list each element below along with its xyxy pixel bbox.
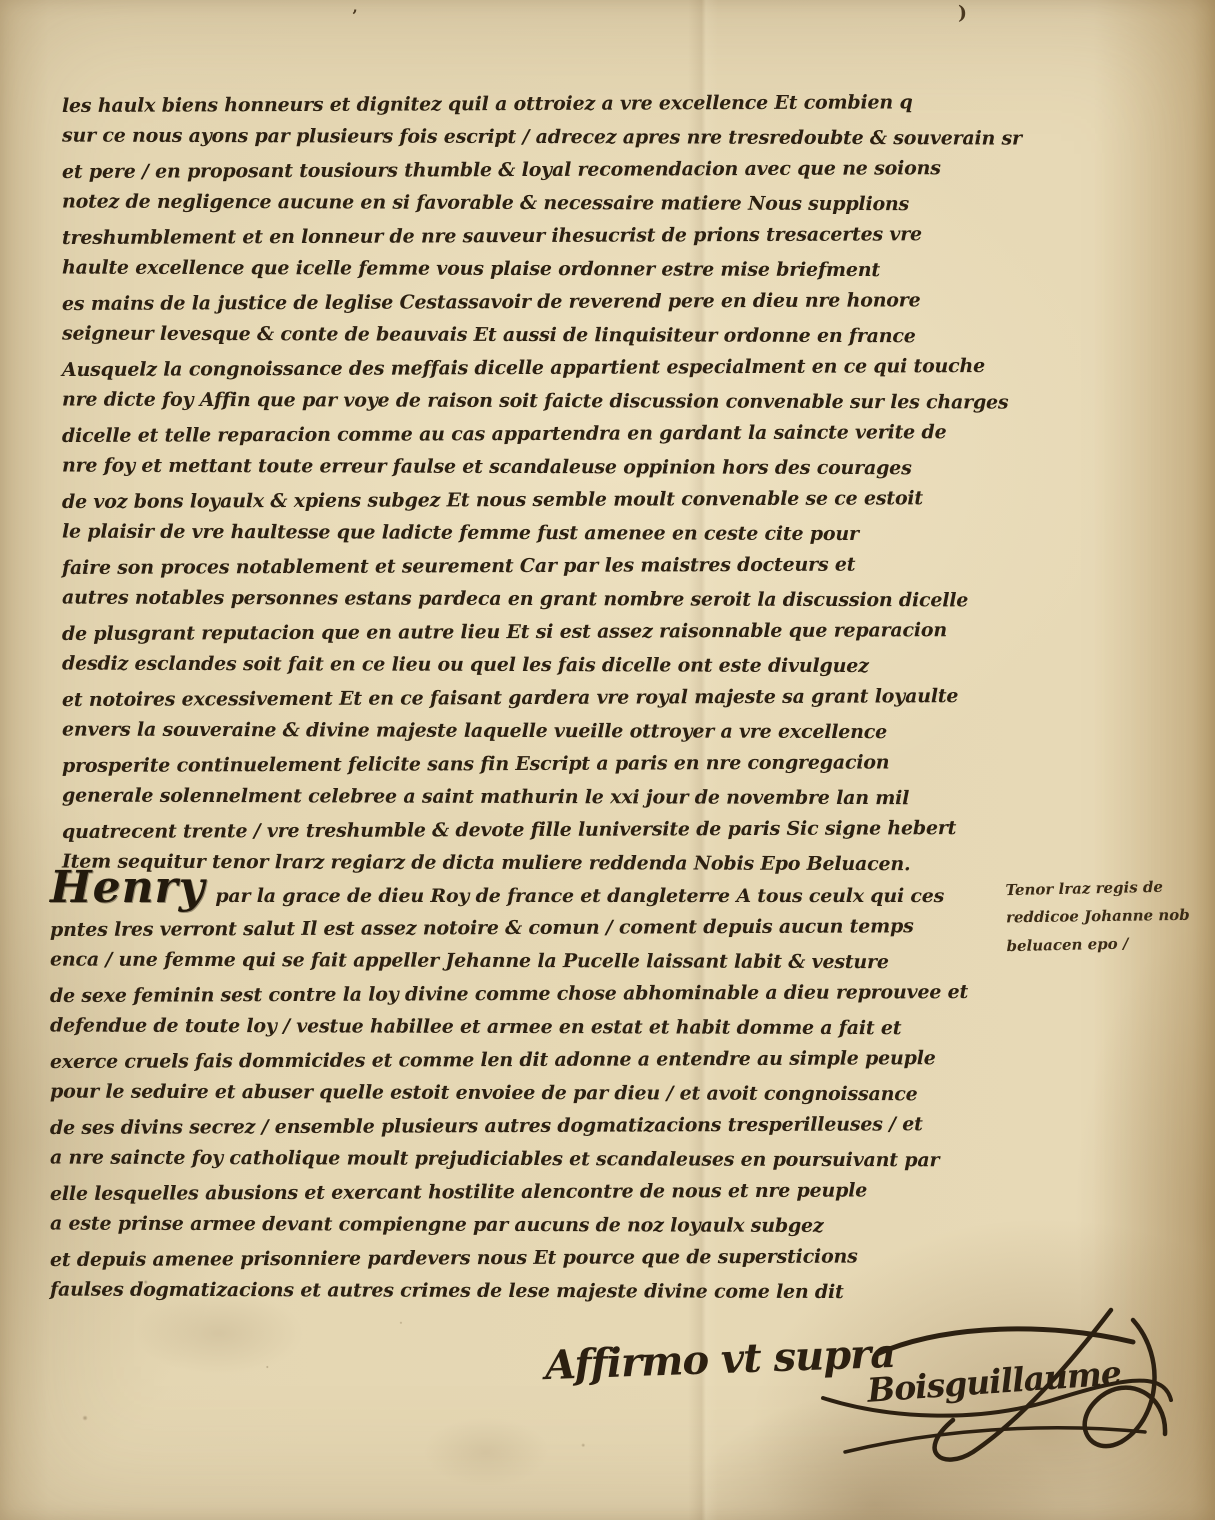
manuscript-line: elle lesquelles abusions et exercant hos… [50,1174,980,1211]
manuscript-line: a nre saincte foy catholique moult preju… [50,1142,980,1178]
manuscript-line: reddicoe Johanne nob [1006,901,1206,932]
manuscript-line: de plusgrant reputacion que en autre lie… [62,614,982,651]
manuscript-line: generale solennelment celebree a saint m… [62,780,982,816]
royal-letter-first-line-text: par la grace de dieu Roy de france et da… [215,885,944,907]
manuscript-line: les haulx biens honneurs et dignitez qui… [62,86,982,123]
manuscript-line: enca / une femme qui se fait appeller Je… [50,944,980,980]
ink-speck-right: ) [958,2,967,24]
manuscript-line: notez de negligence aucune en si favorab… [62,186,982,222]
manuscript-line: envers la souveraine & divine majeste la… [62,714,982,750]
ink-speck-left: ’ [352,6,358,25]
illuminated-initial: Henry [50,862,205,913]
manuscript-line: Tenor lraz regis de [1005,872,1206,904]
royal-letter-first-line: Henrypar la grace de dieu Roy de france … [50,866,980,912]
manuscript-line: seigneur levesque & conte de beauvais Et… [62,318,982,354]
manuscript-line: et pere / en proposant tousiours thumble… [62,152,982,189]
notary-signature: Boisguillaume [815,1302,1185,1477]
manuscript-line: de ses divins secrez / ensemble plusieur… [50,1108,980,1145]
manuscript-line: es mains de la justice de leglise Cestas… [62,284,982,321]
manuscript-line: haulte excellence que icelle femme vous … [62,252,982,288]
manuscript-line: beluacen epo / [1006,928,1207,960]
manuscript-line: dicelle et telle reparacion comme au cas… [62,416,982,453]
manuscript-line: de sexe feminin sest contre la loy divin… [50,976,980,1013]
manuscript-line: de voz bons loyaulx & xpiens subgez Et n… [62,482,982,519]
manuscript-line: exerce cruels fais dommicides et comme l… [50,1042,980,1079]
manuscript-line: desdiz esclandes soit fait en ce lieu ou… [62,648,982,684]
manuscript-line: a este prinse armee devant compiengne pa… [50,1208,980,1244]
manuscript-line: et depuis amenee prisonniere pardevers n… [50,1240,980,1277]
manuscript-line: Ausquelz la congnoissance des meffais di… [62,350,982,387]
manuscript-line: prosperite continuelement felicite sans … [62,746,982,783]
manuscript-line: nre foy et mettant toute erreur faulse e… [62,450,982,486]
manuscript-line: le plaisir de vre haultesse que ladicte … [62,516,982,552]
university-letter-block: les haulx biens honneurs et dignitez qui… [62,88,982,880]
manuscript-line: pntes lres verront salut Il est assez no… [50,910,980,947]
manuscript-line: faire son proces notablement et seuremen… [62,548,982,585]
royal-letter-block: Henrypar la grace de dieu Roy de france … [50,866,980,1308]
manuscript-line: et notoires excessivement Et en ce faisa… [62,680,982,717]
royal-letter-lines: pntes lres verront salut Il est assez no… [50,912,980,1308]
manuscript-line: pour le seduire et abuser quelle estoit … [50,1076,980,1112]
manuscript-line: autres notables personnes estans pardeca… [62,582,982,618]
manuscript-page: ’ ) les haulx biens honneurs et dignitez… [0,0,1215,1520]
manuscript-line: nre dicte foy Affin que par voye de rais… [62,384,982,420]
marginal-note: Tenor lraz regis dereddicoe Johanne nobb… [1005,872,1206,959]
manuscript-line: quatrecent trente / vre treshumble & dev… [62,812,982,849]
manuscript-line: defendue de toute loy / vestue habillee … [50,1010,980,1046]
manuscript-line: sur ce nous ayons par plusieurs fois esc… [62,120,982,156]
manuscript-line: treshumblement et en lonneur de nre sauv… [62,218,982,255]
